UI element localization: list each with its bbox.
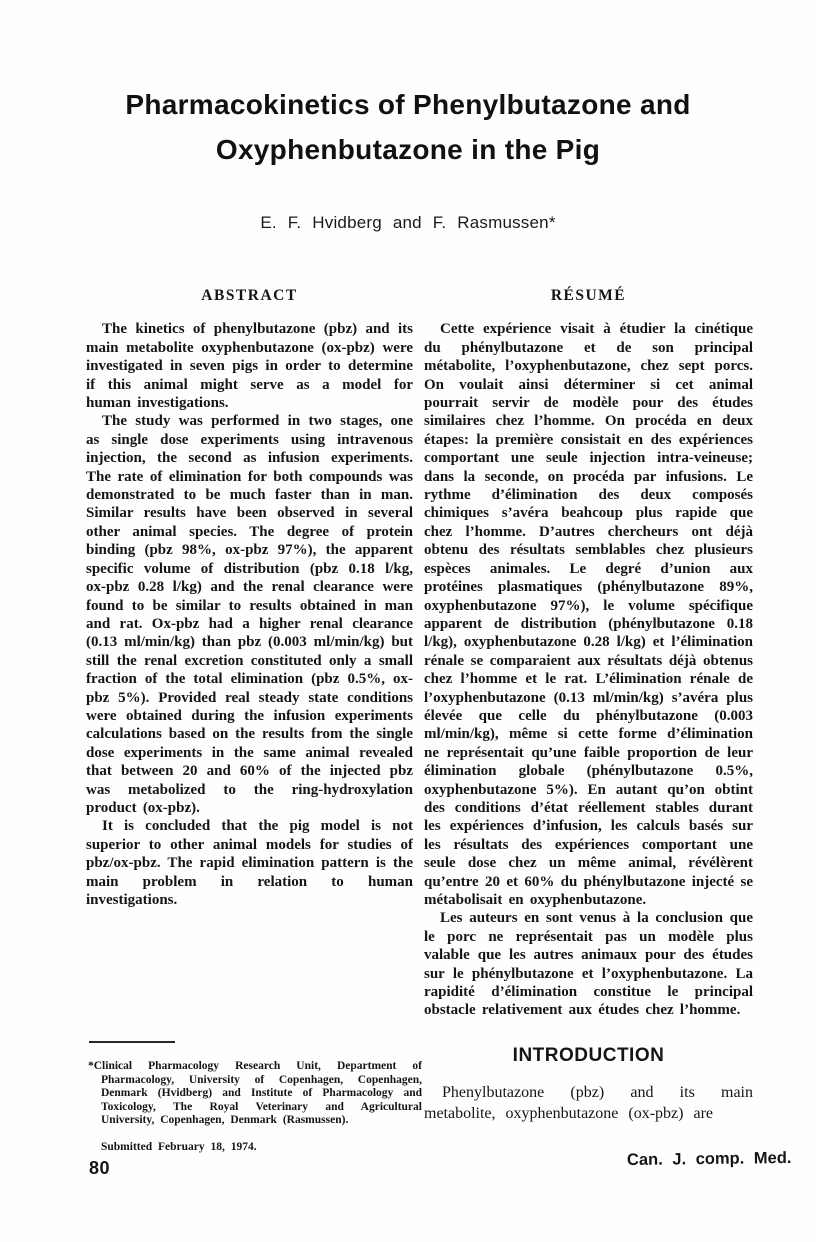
title-line-1: Pharmacokinetics of Phenylbutazone and (0, 82, 816, 127)
footnote: *Clinical Pharmacology Research Unit, De… (88, 1041, 422, 1155)
journal-name: Can. J. comp. Med. (626, 1149, 791, 1170)
abstract-column: ABSTRACT The kinetics of phenylbutazone … (86, 287, 413, 909)
introduction-paragraph: Phenylbutazone (pbz) and its main metabo… (424, 1082, 753, 1124)
resume-heading: RÉSUMÉ (424, 287, 753, 305)
page-number: 80 (89, 1158, 110, 1179)
resume-column: RÉSUMÉ Cette expérience visait à étudier… (424, 287, 753, 1124)
abstract-paragraph-1: The kinetics of phenylbutazone (pbz) and… (86, 320, 413, 412)
submitted-date: Submitted February 18, 1974. (88, 1141, 422, 1155)
title-line-2: Oxyphenbutazone in the Pig (0, 127, 816, 172)
abstract-paragraph-2: The study was performed in two stages, o… (86, 412, 413, 817)
paper-page: Pharmacokinetics of Phenylbutazone and O… (0, 0, 816, 1242)
resume-paragraph-1: Cette expérience visait à étudier la cin… (424, 320, 753, 909)
introduction-heading: INTRODUCTION (424, 1047, 753, 1065)
authors-line: E. F. Hvidberg and F. Rasmussen* (0, 213, 816, 233)
abstract-heading: ABSTRACT (86, 287, 413, 305)
footnote-rule (89, 1041, 175, 1043)
resume-paragraph-2: Les auteurs en sont venus à la conclusio… (424, 909, 753, 1019)
paper-title: Pharmacokinetics of Phenylbutazone and O… (0, 82, 816, 172)
abstract-paragraph-3: It is concluded that the pig model is no… (86, 817, 413, 909)
footnote-affiliation: *Clinical Pharmacology Research Unit, De… (88, 1060, 422, 1128)
